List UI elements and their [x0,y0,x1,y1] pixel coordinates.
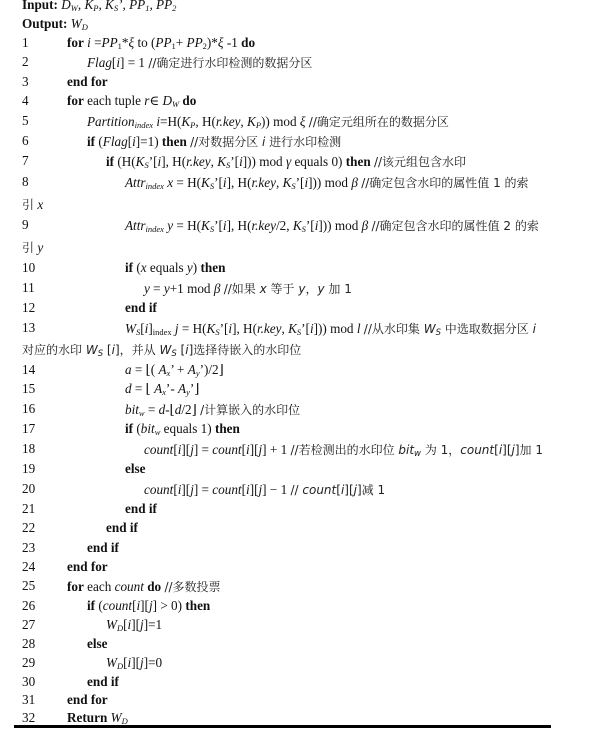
line-code: end for [67,559,108,575]
line-number: 8 [22,174,29,190]
line-number: 2 [22,54,29,70]
algo-line: 26 if (count[i][j] > 0) then [0,598,596,617]
output-label: Output: [22,16,67,31]
line-code: end for [67,74,108,90]
line-code: Return WD [67,710,128,726]
algo-line: 18 count[i][j] = count[i][j] + 1 //若检测出的… [0,441,596,460]
algo-line: 7 if (H(KS’[i], H(r.key, KS’[i])) mod γ … [0,153,596,172]
algo-line: 25 for each count do //多数投票 [0,578,596,597]
line-number: 20 [22,481,35,497]
line-number: 31 [22,692,35,708]
algo-line: 15 d = ⌊ Ax’- Ay’⌋ [0,381,596,400]
line-number: 29 [22,655,35,671]
algo-line: 1 for i =PP1*ξ to (PP1+ PP2)*ξ -1 do [0,35,596,54]
line-code: Partitionindex i=H(KP, H(r.key, KP)) mod… [87,113,449,130]
line-number: 3 [22,74,29,90]
algo-line: 2 Flag[i] = 1 //确定进行水印检测的数据分区 [0,54,596,73]
algo-line: 4 for each tuple r∈ DW do [0,93,596,112]
line-code: Attrindex y = H(KS’[i], H(r.key/2, KS’[i… [125,217,539,234]
line-number: 15 [22,381,35,397]
algo-line: 12 end if [0,300,596,319]
algo-line: 17 if (bitw equals 1) then [0,421,596,440]
line-number: 22 [22,520,35,536]
line-number: 9 [22,217,29,233]
line-number: 32 [22,710,35,726]
bottom-rule [14,725,551,728]
line-code: for each tuple r∈ DW do [67,93,196,109]
line-code: if (Flag[i]=1) then //对数据分区 i 进行水印检测 [87,133,341,150]
line-number: 12 [22,300,35,316]
algo-line: 30 end if [0,674,596,693]
line-number: 16 [22,401,35,417]
line-code: end if [106,520,138,536]
line-number: 14 [22,362,35,378]
line-number: 13 [22,320,35,336]
line-number: 7 [22,153,29,169]
line-number: 19 [22,461,35,477]
line-code: WS[i]index j = H(KS’[i], H(r.key, KS’[i]… [125,320,536,338]
input-params: DW, KP, KS’, PP1, PP2 [61,0,176,12]
algo-line: 16 bitw = d-⌊d/2⌋ /计算嵌入的水印位 [0,401,596,420]
line-code: WD[i][j]=1 [106,617,162,633]
line-number: 28 [22,636,35,652]
line-number: 6 [22,133,29,149]
line-number: 1 [22,35,29,51]
line-code: for i =PP1*ξ to (PP1+ PP2)*ξ -1 do [67,35,255,51]
line-code: y = y+1 mod β //如果 x 等于 y，y 加 1 [144,280,352,297]
line-code: end if [125,300,157,316]
input-label: Input: [22,0,58,12]
line-code: end if [87,674,119,690]
algo-line: 10 if (x equals y) then [0,260,596,279]
algo-line: 31 end for [0,692,596,711]
line-number: 11 [22,280,35,296]
line-number: 21 [22,501,35,517]
line-number: 5 [22,113,29,129]
line-code: for each count do //多数投票 [67,578,221,595]
line-code: 引 y [22,239,43,256]
line-number: 30 [22,674,35,690]
line-number: 23 [22,540,35,556]
algo-line-continuation: 引 y [0,239,596,258]
line-code: 对应的水印 WS [i]，并从 WS [i]选择待嵌入的水印位 [22,341,301,359]
line-code: count[i][j] = count[i][j] + 1 //若检测出的水印位… [144,441,543,459]
algo-line: 27 WD[i][j]=1 [0,617,596,636]
algo-line: 22 end if [0,520,596,539]
line-code: Attrindex x = H(KS’[i], H(r.key, KS’[i])… [125,174,529,191]
line-code: end if [125,501,157,517]
algo-line: 28 else [0,636,596,655]
line-number: 17 [22,421,35,437]
output-line: Output: WD [22,16,88,32]
algo-line: 11 y = y+1 mod β //如果 x 等于 y，y 加 1 [0,280,596,299]
line-code: a = ⌊( Ax’ + Ay’)/2⌋ [125,362,224,378]
line-code: bitw = d-⌊d/2⌋ /计算嵌入的水印位 [125,401,300,418]
algo-line: 8 Attrindex x = H(KS’[i], H(r.key, KS’[i… [0,174,596,193]
algo-line: 14 a = ⌊( Ax’ + Ay’)/2⌋ [0,362,596,381]
algo-line: 24 end for [0,559,596,578]
line-code: if (count[i][j] > 0) then [87,598,210,614]
algo-line: 20 count[i][j] = count[i][j] − 1 // coun… [0,481,596,500]
algo-line: 23 end if [0,540,596,559]
algo-line: 19 else [0,461,596,480]
line-code: else [87,636,108,652]
line-number: 25 [22,578,35,594]
algo-line-continuation: 对应的水印 WS [i]，并从 WS [i]选择待嵌入的水印位 [0,341,596,360]
line-code: count[i][j] = count[i][j] − 1 // count[i… [144,481,385,498]
input-line: Input: DW, KP, KS’, PP1, PP2 [22,0,176,13]
line-code: WD[i][j]=0 [106,655,162,671]
line-number: 26 [22,598,35,614]
line-number: 10 [22,260,35,276]
line-code: Flag[i] = 1 //确定进行水印检测的数据分区 [87,54,312,71]
algo-line: 13 WS[i]index j = H(KS’[i], H(r.key, KS’… [0,320,596,339]
line-code: if (H(KS’[i], H(r.key, KS’[i])) mod γ eq… [106,153,466,170]
line-number: 24 [22,559,35,575]
line-code: else [125,461,146,477]
line-code: if (bitw equals 1) then [125,421,240,437]
algo-line: 3 end for [0,74,596,93]
algo-line: 21 end if [0,501,596,520]
algo-line: 5 Partitionindex i=H(KP, H(r.key, KP)) m… [0,113,596,132]
algo-line: 6 if (Flag[i]=1) then //对数据分区 i 进行水印检测 [0,133,596,152]
line-code: if (x equals y) then [125,260,225,276]
algo-line: 9 Attrindex y = H(KS’[i], H(r.key/2, KS’… [0,217,596,236]
output-param: WD [71,16,88,31]
line-number: 27 [22,617,35,633]
line-code: end if [87,540,119,556]
line-code: d = ⌊ Ax’- Ay’⌋ [125,381,199,397]
line-code: 引 x [22,196,43,213]
line-number: 18 [22,441,35,457]
algo-line: 29 WD[i][j]=0 [0,655,596,674]
line-number: 4 [22,93,29,109]
algo-line-continuation: 引 x [0,196,596,215]
line-code: end for [67,692,108,708]
